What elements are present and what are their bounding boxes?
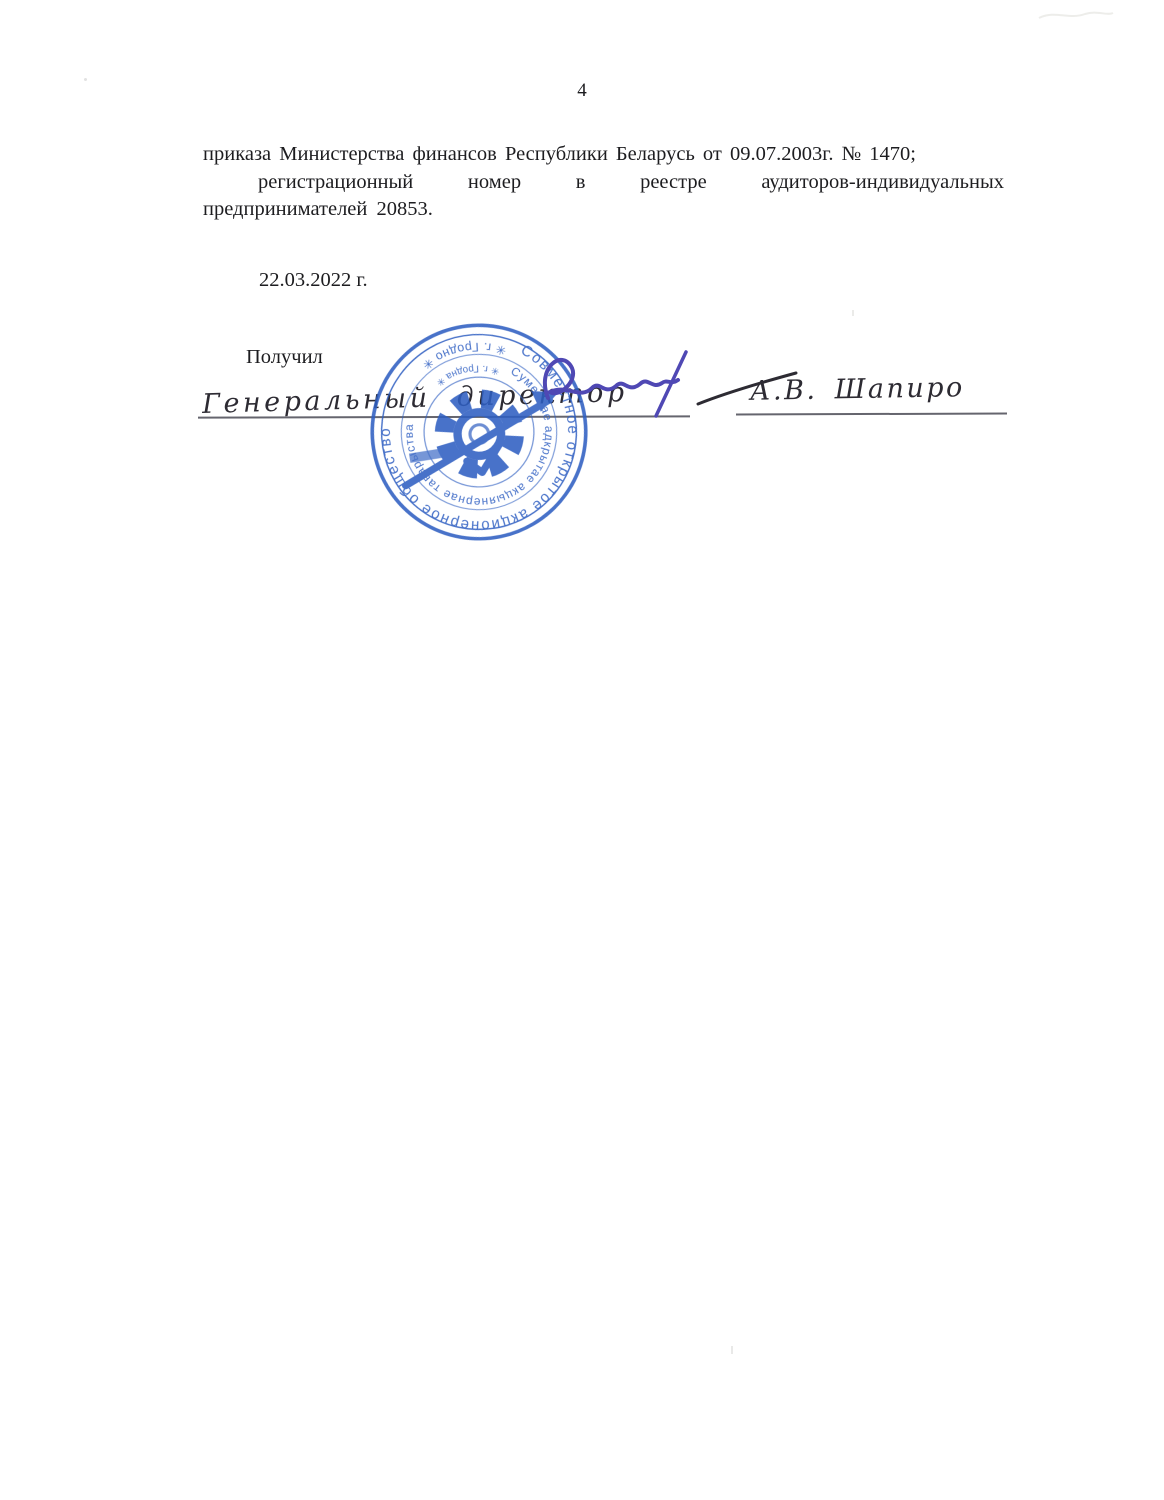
word: аудиторов-индивидуальных [761,169,1004,197]
signature-stroke-icon [528,340,888,430]
page-number: 4 [0,80,1164,102]
paragraph-line: предпринимателей 20853. [203,196,1004,224]
document-page: 4 приказа Министерства финансов Республи… [0,0,1164,1500]
received-label: Получил [246,346,323,369]
word: реестре [640,169,707,197]
scan-artifact [1035,6,1115,24]
paragraph-line-justified: регистрационный номер в реестре аудиторо… [258,169,1004,197]
word: в [576,169,586,197]
body-paragraph: приказа Министерства финансов Республики… [203,141,1004,224]
scan-artifact [731,1346,733,1354]
document-date: 22.03.2022 г. [259,269,368,292]
word: регистрационный [258,169,413,197]
scan-artifact [852,310,854,316]
word: номер [468,169,521,197]
paragraph-line: приказа Министерства финансов Республики… [203,141,1004,169]
